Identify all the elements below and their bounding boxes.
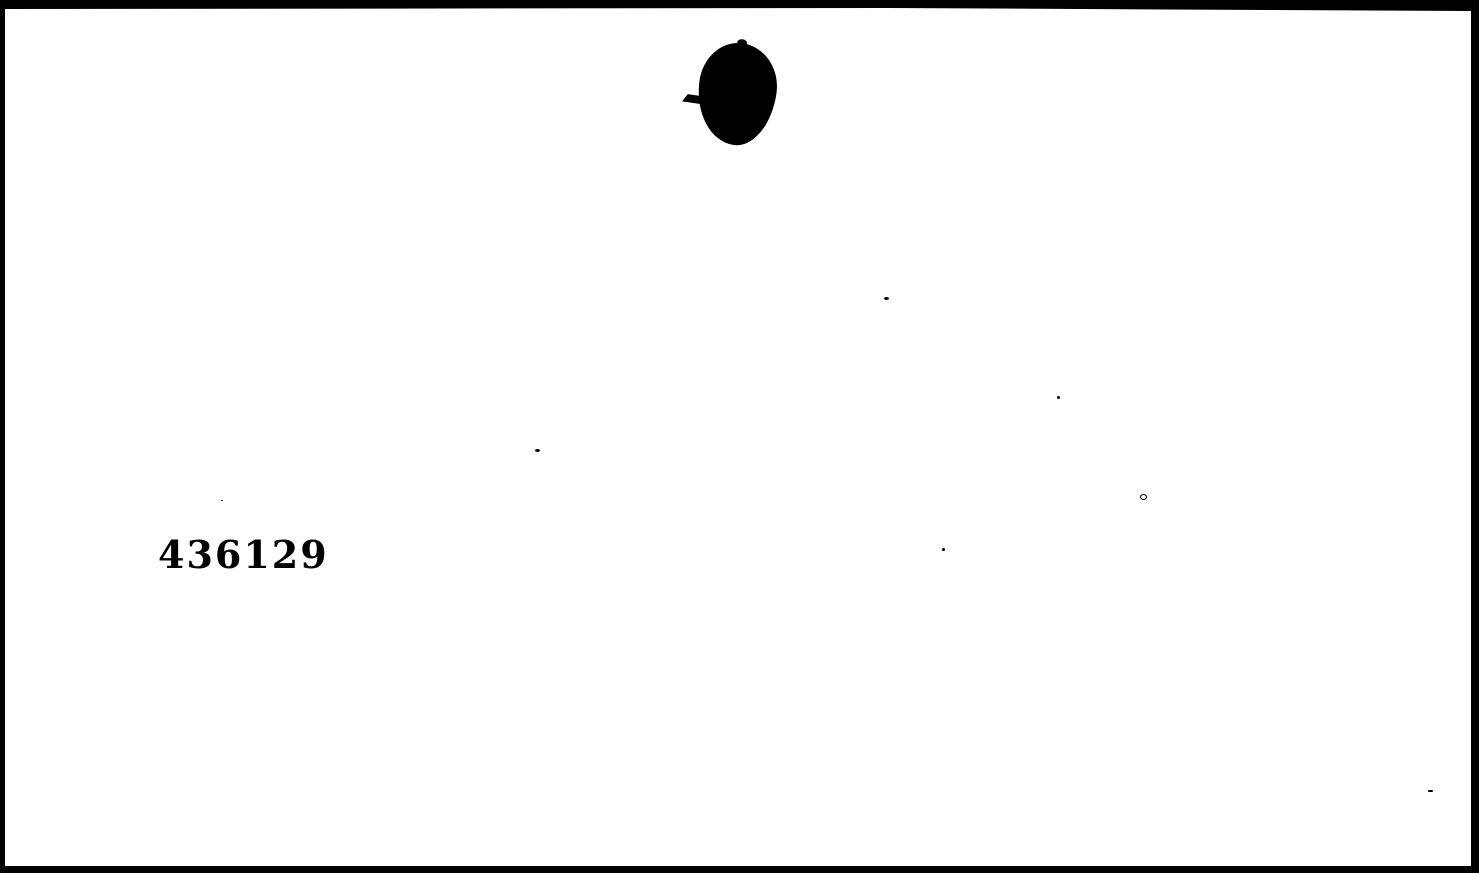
scan-speck bbox=[535, 449, 540, 452]
scan-speck bbox=[1140, 494, 1147, 500]
scan-speck bbox=[942, 548, 945, 551]
scanned-card-image: 436129 bbox=[0, 0, 1479, 873]
scan-speck bbox=[1428, 790, 1433, 792]
scan-speck bbox=[884, 297, 889, 300]
card-number: 436129 bbox=[158, 536, 329, 574]
scan-speck bbox=[1057, 396, 1060, 399]
scan-speck bbox=[221, 500, 223, 501]
